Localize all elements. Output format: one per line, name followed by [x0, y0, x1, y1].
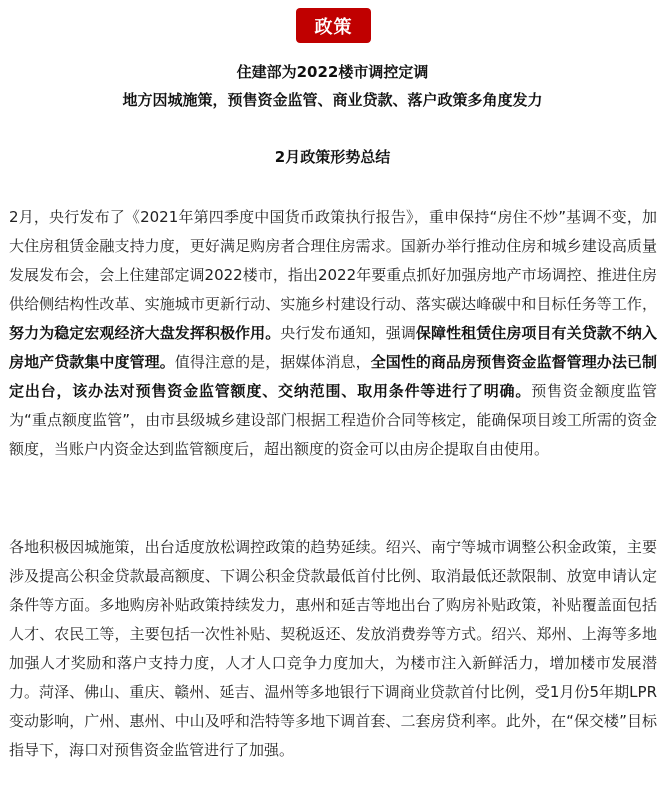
headline-line-2: 地方因城施策，预售资金监管、商业贷款、落户政策多角度发力	[0, 89, 665, 110]
paragraph-1: 2月，央行发布了《2021年第四季度中国货币政策执行报告》，重申保持“房住不炒”…	[9, 203, 657, 464]
category-badge-label: 政策	[315, 13, 353, 39]
text-segment: 2月，央行发布了《2021年第四季度中国货币政策执行报告》，重申保持“房住不炒”…	[9, 208, 657, 313]
article-page: 政策 住建部为2022楼市调控定调 地方因城施策，预售资金监管、商业贷款、落户政…	[0, 0, 665, 803]
paragraph-2: 各地积极因城施策，出台适度放松调控政策的趋势延续。绍兴、南宁等城市调整公积金政策…	[9, 533, 657, 765]
headline-line-1: 住建部为2022楼市调控定调	[0, 61, 665, 82]
section-heading: 2月政策形势总结	[0, 146, 665, 167]
text-segment: 值得注意的是，据媒体消息，	[175, 353, 371, 371]
text-segment: 央行发布通知，强调	[280, 324, 416, 342]
category-badge: 政策	[296, 8, 371, 43]
emphasis-segment: 努力为稳定宏观经济大盘发挥积极作用。	[9, 324, 280, 342]
text-segment: 各地积极因城施策，出台适度放松调控政策的趋势延续。绍兴、南宁等城市调整公积金政策…	[9, 538, 657, 759]
